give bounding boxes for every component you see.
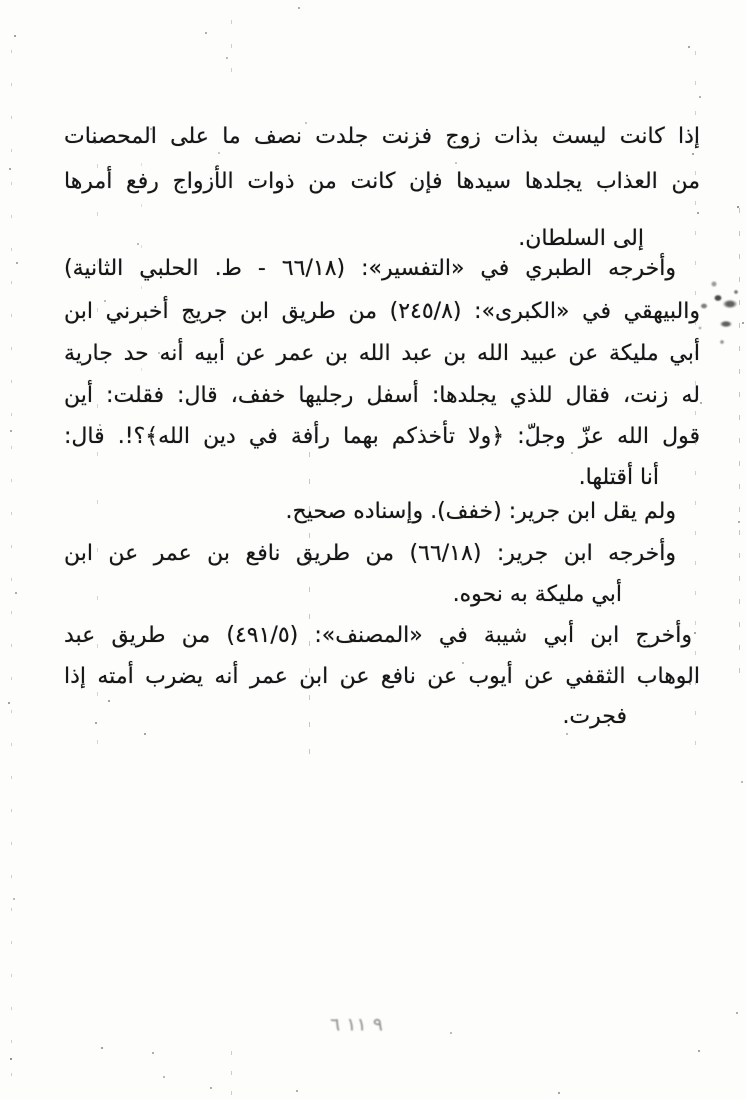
text-line-3: إلى السلطان.: [518, 222, 644, 256]
text-line-13: وأخرج ابن أبي شيبة في «المصنف»: (٤٩١/٥) …: [64, 619, 692, 653]
text-line-11: وأخرجه ابن جرير: (٦٦/١٨) من طريق نافع بن…: [64, 537, 676, 571]
page-number-faint: ٩ ١١ ٦: [330, 1015, 440, 1036]
text-line-8: قول الله عزّ وجلّ: ﴿ولا تأخذكم بهما رأفة…: [64, 420, 700, 454]
text-line-2: من العذاب يجلدها سيدها فإن كانت من ذوات …: [64, 165, 700, 199]
ink-smudge: [680, 262, 744, 358]
scan-artifact-line: [309, 430, 310, 760]
text-line-7: له زنت، فقال للذي يجلدها: أسفل رجليها خف…: [64, 379, 700, 413]
scan-artifact-line: [141, 125, 142, 385]
text-line-4: وأخرجه الطبري في «التفسير»: (٦٦/١٨ - ط. …: [64, 252, 676, 286]
scan-artifact-line: [11, 20, 12, 1080]
text-line-12: أبي مليكة به نحوه.: [453, 578, 622, 612]
text-line-15: فجرت.: [562, 700, 627, 734]
text-line-9: أنا أقتلها.: [579, 461, 659, 495]
text-line-14: الوهاب الثقفي عن أيوب عن نافع عن ابن عمر…: [64, 660, 700, 694]
scanned-book-page: إذا كانت ليست بذات زوج فزنت جلدت نصف ما …: [0, 0, 746, 1100]
scan-noise-speckles: [0, 0, 2, 2]
scan-artifact-line: [739, 190, 740, 680]
text-line-1: إذا كانت ليست بذات زوج فزنت جلدت نصف ما …: [64, 120, 700, 154]
scan-artifact-line: [695, 25, 696, 765]
text-line-5: والبيهقي في «الكبرى»: (٢٤٥/٨) من طريق اب…: [64, 295, 700, 329]
text-line-6: أبي مليكة عن عبيد الله بن عبد الله بن عم…: [64, 337, 700, 371]
scan-artifact-line: [231, 0, 232, 90]
scan-artifact-line: [231, 1035, 232, 1100]
scan-artifact-line: [97, 120, 98, 780]
text-line-10: ولم يقل ابن جرير: (خفف). وإسناده صحيح.: [286, 495, 676, 529]
